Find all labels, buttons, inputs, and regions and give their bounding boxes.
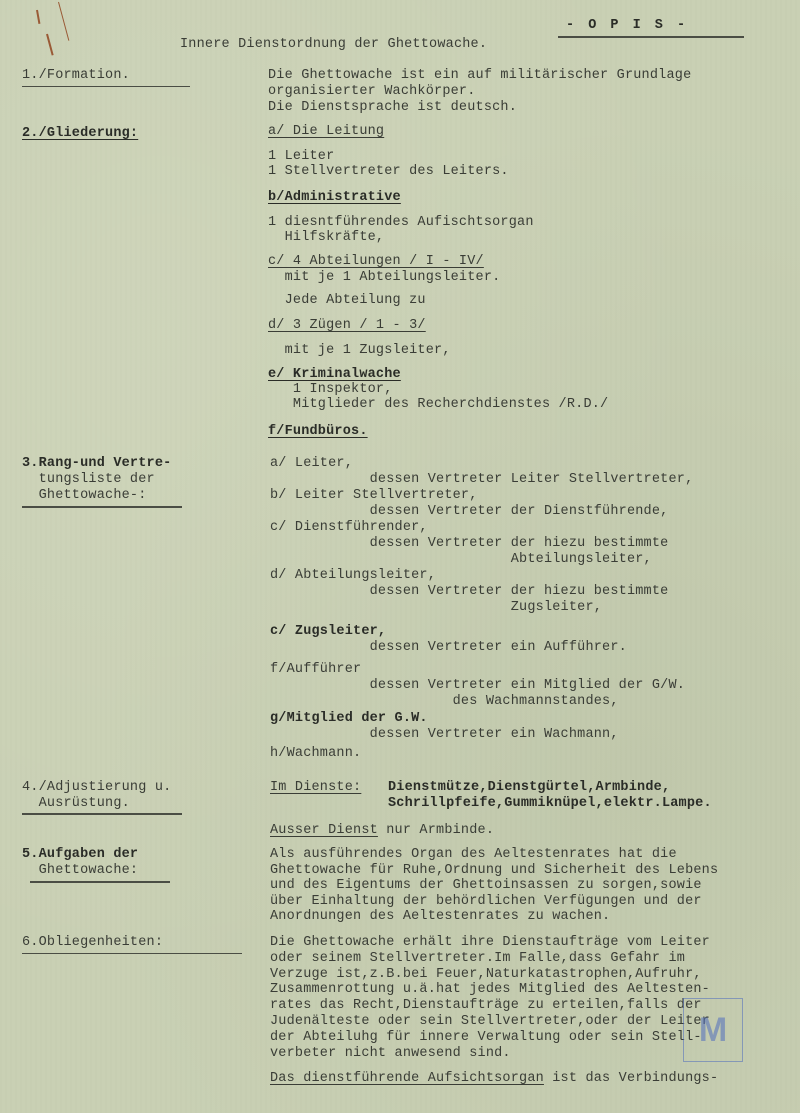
- section-line: 1 Inspektor,: [268, 382, 393, 398]
- continuation-line: Das dienstführende Aufsichtsorgan ist da…: [270, 1071, 718, 1087]
- section-line: Judenälteste oder sein Stellvertreter,od…: [270, 1014, 710, 1030]
- label-underline: [558, 36, 744, 38]
- subsection-title: b/Administrative: [268, 190, 401, 206]
- rang-line: c/ Dienstführender,: [270, 520, 428, 536]
- rang-line: dessen Vertreter der hiezu bestimmte: [270, 536, 668, 552]
- section-line: Verzuge ist,z.B.bei Feuer,Naturkatastrop…: [270, 967, 702, 983]
- section-heading-obliegenheiten: 6.Obliegenheiten:: [22, 935, 163, 951]
- section-line: Hilfskräfte,: [268, 230, 384, 246]
- equipment-line: Dienstmütze,Dienstgürtel,Armbinde,: [388, 780, 670, 796]
- rang-line: d/ Abteilungsleiter,: [270, 568, 436, 584]
- rang-line: Abteilungsleiter,: [270, 552, 652, 568]
- subsection-title: d/ 3 Zügen / 1 - 3/: [268, 318, 426, 334]
- section-line: und des Eigentums der Ghettoinsassen zu …: [270, 878, 702, 894]
- heading-underline: [22, 953, 242, 954]
- section-heading-adjustierung: Ausrüstung.: [22, 796, 130, 812]
- rang-line: dessen Vertreter ein Wachmann,: [270, 727, 619, 743]
- rang-line: dessen Vertreter Leiter Stellvertreter,: [270, 472, 693, 488]
- rang-line: des Wachmannstandes,: [270, 694, 619, 710]
- rang-line: dessen Vertreter der hiezu bestimmte: [270, 584, 668, 600]
- continuation-rest: ist das Verbindungs-: [544, 1071, 718, 1086]
- section-line: mit je 1 Zugsleiter,: [268, 343, 451, 359]
- margin-pencil-mark: [46, 34, 54, 56]
- section-heading-aufgaben: Ghettowache:: [22, 863, 138, 879]
- section-line: Die Ghettowache ist ein auf militärische…: [268, 68, 691, 84]
- continuation-underlined: Das dienstführende Aufsichtsorgan: [270, 1071, 544, 1086]
- section-line: 1 Stellvertreter des Leiters.: [268, 164, 509, 180]
- subsection-title: c/ 4 Abteilungen / I - IV/: [268, 254, 484, 270]
- subsection-title: f/Fundbüros.: [268, 424, 368, 440]
- off-service-label: Ausser Dienst: [270, 823, 378, 838]
- section-line: Jede Abteilung zu: [268, 293, 426, 309]
- section-line: organisierter Wachkörper.: [268, 84, 476, 100]
- margin-pencil-mark: [36, 10, 40, 24]
- section-line: Als ausführendes Organ des Aeltestenrate…: [270, 847, 677, 863]
- in-service-label: Im Dienste:: [270, 780, 361, 796]
- section-line: Zusammenrottung u.ä.hat jedes Mitglied d…: [270, 982, 710, 998]
- section-line: mit je 1 Abteilungsleiter.: [268, 270, 500, 286]
- section-heading-rangliste: 3.Rang-und Vertre-: [22, 456, 171, 472]
- rang-line: dessen Vertreter der Dienstführende,: [270, 504, 668, 520]
- rang-line: dessen Vertreter ein Aufführer.: [270, 640, 627, 656]
- section-heading-rangliste: tungsliste der: [22, 472, 155, 488]
- section-line: verbeter nicht anwesend sind.: [270, 1046, 511, 1062]
- equipment-line: Schrillpfeife,Gummiknüpel,elektr.Lampe.: [388, 796, 712, 812]
- section-line: Ghettowache für Ruhe,Ordnung und Sicherh…: [270, 863, 718, 879]
- rang-line: c/ Zugsleiter,: [270, 624, 386, 640]
- section-line: rates das Recht,Dienstaufträge zu erteil…: [270, 998, 702, 1014]
- section-line: Anordnungen des Aeltestenrates zu wachen…: [270, 909, 610, 925]
- section-heading-aufgaben: 5.Aufgaben der: [22, 847, 138, 863]
- rang-line: a/ Leiter,: [270, 456, 353, 472]
- off-service-line: Ausser Dienst nur Armbinde.: [270, 823, 494, 839]
- subsection-title: a/ Die Leitung: [268, 124, 384, 140]
- heading-underline: [30, 881, 170, 883]
- rang-line: h/Wachmann.: [270, 746, 361, 762]
- rang-line: b/ Leiter Stellvertreter,: [270, 488, 478, 504]
- heading-underline: [22, 506, 182, 508]
- section-heading-rangliste: Ghettowache-:: [22, 488, 147, 504]
- document-title: Innere Dienstordnung der Ghettowache.: [180, 37, 487, 53]
- subsection-title: e/ Kriminalwache: [268, 367, 401, 383]
- section-line: Die Ghettowache erhält ihre Dienstaufträ…: [270, 935, 710, 951]
- section-line: oder seinem Stellvertreter.Im Falle,dass…: [270, 951, 685, 967]
- rang-line: Zugsleiter,: [270, 600, 602, 616]
- section-line: der Abteiluhg für innere Verwaltung oder…: [270, 1030, 702, 1046]
- section-line: Die Dienstsprache ist deutsch.: [268, 100, 517, 116]
- heading-underline: [22, 86, 190, 87]
- section-line: Mitglieder des Recherchdienstes /R.D./: [268, 397, 608, 413]
- section-heading-formation: 1./Formation.: [22, 68, 130, 84]
- document-label: - O P I S -: [566, 18, 688, 34]
- rang-line: dessen Vertreter ein Mitglied der G/W.: [270, 678, 685, 694]
- rang-line: g/Mitglied der G.W.: [270, 711, 428, 727]
- section-line: 1 Leiter: [268, 149, 334, 165]
- section-line: über Einhaltung der behördlichen Verfügu…: [270, 894, 702, 910]
- section-heading-gliederung: 2./Gliederung:: [22, 126, 138, 142]
- heading-underline: [22, 813, 182, 815]
- margin-pencil-mark: [58, 2, 69, 41]
- section-heading-adjustierung: 4./Adjustierung u.: [22, 780, 171, 796]
- off-service-text: nur Armbinde.: [378, 823, 494, 838]
- rang-line: f/Aufführer: [270, 662, 361, 678]
- section-line: 1 diesntführendes Aufischtsorgan: [268, 215, 534, 231]
- ink-stamp: M: [683, 998, 743, 1062]
